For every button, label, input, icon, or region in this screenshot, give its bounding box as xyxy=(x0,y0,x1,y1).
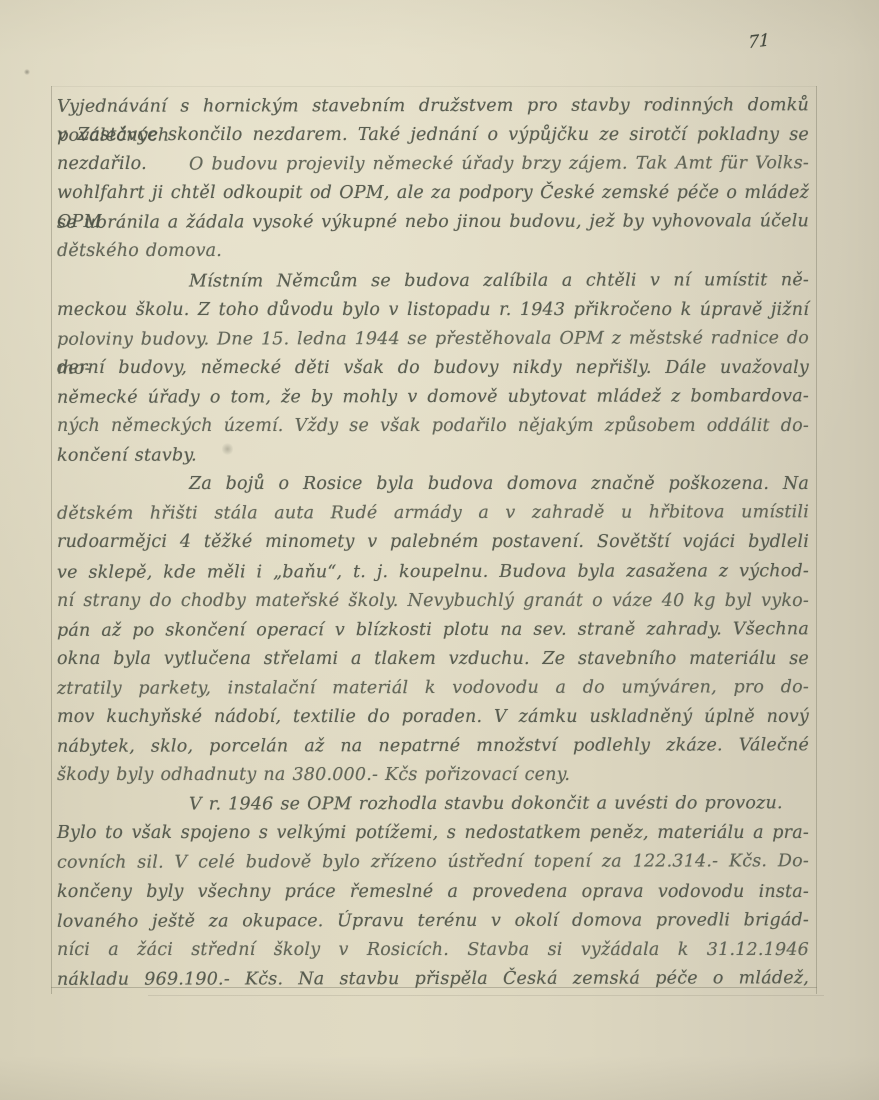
manuscript-line: O budovu projevily německé úřady brzy zá… xyxy=(57,149,809,180)
manuscript-line: ných německých území. Vždy se však podař… xyxy=(57,412,809,441)
ink-speck xyxy=(24,69,30,75)
margin-rule-right xyxy=(816,86,817,994)
manuscript-line: Za bojů o Rosice byla budova domova znač… xyxy=(57,470,809,499)
manuscript-line: se ubránila a žádala vysoké výkupné nebo… xyxy=(57,208,809,239)
margin-rule-top xyxy=(51,86,817,87)
manuscript-line: německé úřady o tom, že by mohly v domov… xyxy=(57,382,809,413)
manuscript-line: Místním Němcům se budova zalíbila a chtě… xyxy=(57,266,809,297)
manuscript-line: končení stavby. xyxy=(57,440,809,471)
manuscript-line: Bylo to však spojeno s velkými potížemi,… xyxy=(57,819,809,848)
manuscript-line: V r. 1946 se OPM rozhodla stavbu dokonči… xyxy=(57,789,809,820)
manuscript-text: Vyjednávání s hornickým stavebním družst… xyxy=(57,92,809,994)
manuscript-line: wohlfahrt ji chtěl odkoupit od OPM, ale … xyxy=(57,179,809,208)
manuscript-line: ve sklepě, kde měli i „baňu“, t. j. koup… xyxy=(57,557,809,588)
manuscript-line: pán až po skončení operací v blízkosti p… xyxy=(57,615,809,646)
manuscript-line: ní strany do chodby mateřské školy. Nevy… xyxy=(57,587,809,616)
manuscript-line: lovaného ještě za okupace. Úpravu terénu… xyxy=(57,906,809,937)
manuscript-line: mov kuchyňské nádobí, textilie do porade… xyxy=(57,703,809,732)
margin-rule-left xyxy=(51,86,52,994)
manuscript-line: níci a žáci střední školy v Rosicích. St… xyxy=(57,936,809,965)
manuscript-line: covních sil. V celé budově bylo zřízeno … xyxy=(57,848,809,879)
manuscript-line: ztratily parkety, instalační materiál k … xyxy=(57,673,809,704)
manuscript-line: končeny byly všechny práce řemeslné a pr… xyxy=(57,878,809,907)
manuscript-line: dětského domova. xyxy=(57,237,809,266)
manuscript-line: nábytek, sklo, porcelán až na nepatrné m… xyxy=(57,731,809,762)
manuscript-line: Vyjednávání s hornickým stavebním družst… xyxy=(57,91,809,122)
page-number: 71 xyxy=(748,27,798,53)
manuscript-line: v Zastávce skončilo nezdarem. Také jedná… xyxy=(57,121,809,150)
manuscript-line: derní budovy, německé děti však do budov… xyxy=(57,354,809,383)
manuscript-line: poloviny budovy. Dne 15. ledna 1944 se p… xyxy=(57,324,809,355)
manuscript-line: rudoarmějci 4 těžké minomety v palebném … xyxy=(57,528,809,557)
manuscript-line: dětském hřišti stála auta Rudé armády a … xyxy=(57,499,809,530)
manuscript-page: 71 Vyjednávání s hornickým stavebním dru… xyxy=(0,0,879,1100)
manuscript-line: škody byly odhadnuty na 380.000.- Kčs po… xyxy=(57,761,809,790)
manuscript-line: okna byla vytlučena střelami a tlakem vz… xyxy=(57,645,809,674)
manuscript-line: nákladu 969.190.- Kčs. Na stavbu přispěl… xyxy=(57,964,809,995)
margin-rule-bottom-secondary xyxy=(148,995,824,996)
manuscript-line: meckou školu. Z toho důvodu bylo v listo… xyxy=(57,296,809,325)
